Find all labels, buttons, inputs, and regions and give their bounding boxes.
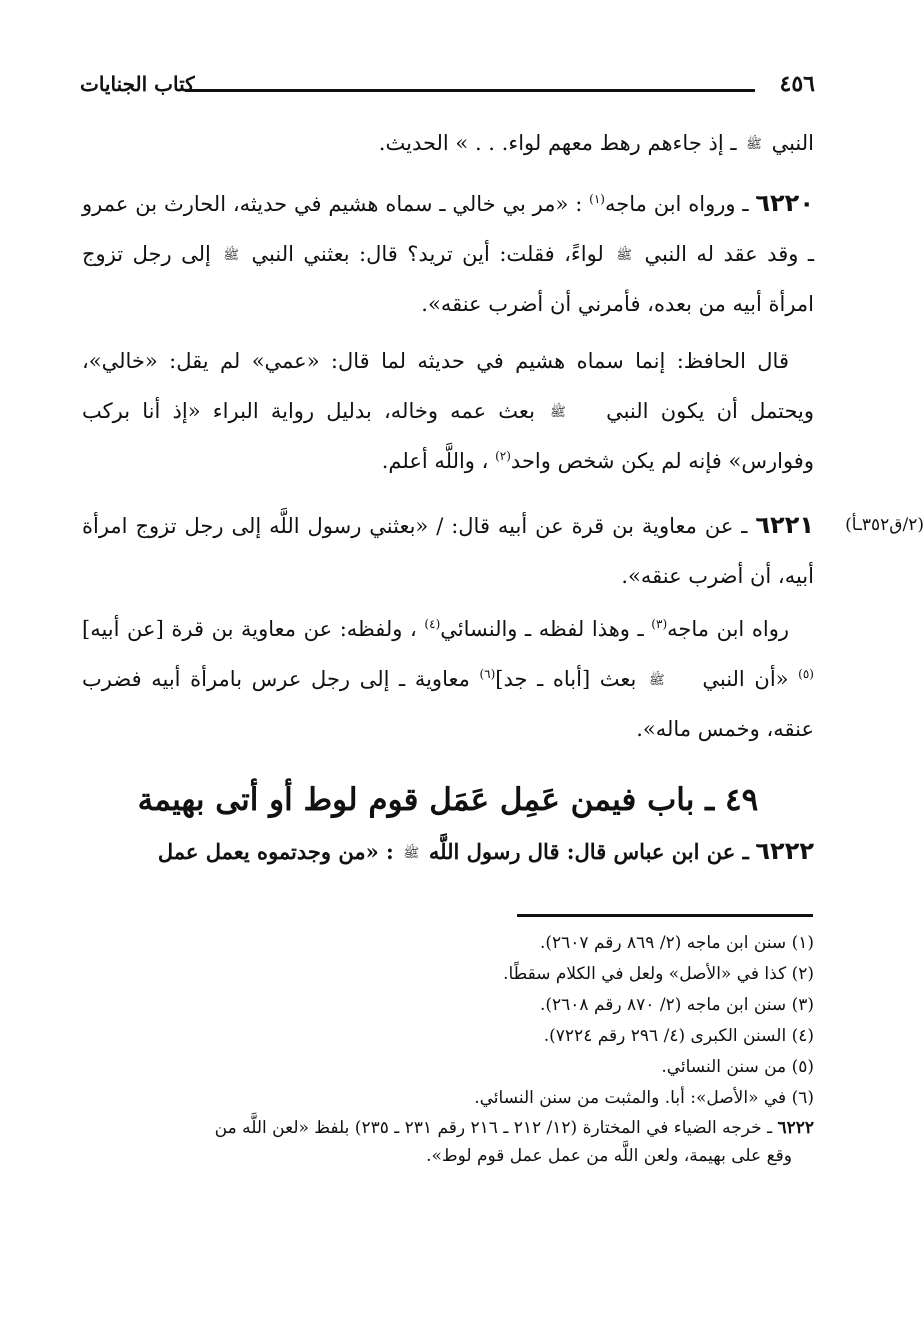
text: ـ وهذا لفظه ـ والنسائي: [440, 617, 643, 641]
footnote-text: كذا في «الأصل» ولعل في الكلام سقطًا.: [503, 964, 786, 984]
footnote-marker: (٤): [792, 1026, 814, 1046]
hafiz-commentary: قال الحافظ: إنما سماه هشيم في حديثه لما …: [82, 336, 814, 486]
book-page: ٤٥٦ كتاب الجنايات النبي ﷺ ـ إذ جاءهم رهط…: [0, 0, 924, 1341]
footnote-marker: (٦): [792, 1088, 814, 1108]
footnote-4: (٤) السنن الكبرى (٤/ ٢٩٦ رقم ٧٢٢٤).: [82, 1021, 814, 1052]
honorific-icon: ﷺ: [746, 138, 762, 151]
honorific-icon: ﷺ: [223, 249, 239, 262]
header-rule: [185, 89, 755, 92]
footnote-text: سنن ابن ماجه (٢/ ٨٦٩ رقم ٢٦٠٧).: [540, 933, 786, 953]
footnote-ref-5[interactable]: (٥): [798, 667, 814, 681]
hadith-6221: ٦٢٢١ ـ عن معاوية بن قرة عن أبيه قال: / «…: [82, 500, 814, 601]
text: ـ عن معاوية بن قرة عن أبيه قال: / «بعثني…: [82, 514, 814, 588]
page-number: ٤٥٦: [780, 70, 815, 98]
hadith-number: ٦٢٢٢: [755, 837, 814, 865]
footnote-6: (٦) في «الأصل»: أبا. والمثبت من سنن النس…: [82, 1083, 814, 1114]
footnote-marker: (٥): [792, 1057, 814, 1077]
text: ، واللَّه أعلم.: [382, 449, 489, 473]
text: ـ ورواه ابن ماجه: [605, 192, 749, 216]
footnote-marker: (١): [792, 933, 814, 953]
hadith-6220: ٦٢٢٠ ـ ورواه ابن ماجه(١) : «مر بي خالي ـ…: [82, 178, 814, 329]
honorific-icon: ﷺ: [403, 847, 419, 860]
footnote-text: السنن الكبرى (٤/ ٢٩٦ رقم ٧٢٢٤).: [544, 1026, 786, 1046]
hadith-number: ٦٢٢١: [755, 511, 814, 539]
footnote-marker: (٣): [792, 995, 814, 1015]
footnote-ref-1[interactable]: (١): [589, 192, 605, 206]
hadith-6222: ٦٢٢٢ ـ عن ابن عباس قال: قال رسول اللَّه …: [82, 826, 814, 877]
riwaya-paragraph: رواه ابن ماجه(٣) ـ وهذا لفظه ـ والنسائي(…: [82, 604, 814, 754]
honorific-icon: ﷺ: [649, 674, 690, 687]
footnote-text: في «الأصل»: أبا. والمثبت من سنن النسائي.: [474, 1088, 786, 1108]
honorific-icon: ﷺ: [616, 249, 632, 262]
hadith-number: ٦٢٢٠: [755, 189, 814, 217]
chapter-heading: ٤٩ ـ باب فيمن عَمِل عَمَل قوم لوط أو أتى…: [82, 778, 814, 822]
footnote-3: (٣) سنن ابن ماجه (٢/ ٨٧٠ رقم ٢٦٠٨).: [82, 990, 814, 1021]
paragraph-continuation: النبي ﷺ ـ إذ جاءهم رهط معهم لواء. . . » …: [82, 118, 814, 168]
footnote-6222-continuation: وقع على بهيمة، ولعن اللَّه من عمل عمل قو…: [82, 1142, 814, 1170]
text: رواه ابن ماجه: [667, 617, 789, 641]
footnote-6222: ٦٢٢٢ ـ خرجه الضياء في المختارة (١٢/ ٢١٢ …: [82, 1114, 814, 1142]
book-title: كتاب الجنايات: [80, 70, 195, 98]
footnote-ref-6[interactable]: (٦): [479, 667, 495, 681]
text: : «من وجدتموه يعمل عمل: [158, 839, 394, 864]
footnote-text: من سنن النسائي.: [661, 1057, 786, 1077]
text: لواءً، فقلت: أين تريد؟ قال: بعثني النبي: [252, 242, 604, 266]
footnotes: (١) سنن ابن ماجه (٢/ ٨٦٩ رقم ٢٦٠٧). (٢) …: [82, 928, 814, 1170]
text: ـ عن ابن عباس قال: قال رسول اللَّه: [429, 839, 749, 864]
text: ـ إذ جاءهم رهط معهم لواء. . . » الحديث.: [379, 131, 737, 155]
footnote-marker: ٦٢٢٢: [777, 1118, 814, 1138]
footnote-2: (٢) كذا في «الأصل» ولعل في الكلام سقطًا.: [82, 959, 814, 990]
text: النبي: [772, 131, 814, 155]
footnote-marker: (٢): [792, 964, 814, 984]
footnote-text: ـ خرجه الضياء في المختارة (١٢/ ٢١٢ ـ ٢١٦…: [215, 1118, 772, 1138]
text: ، ولفظه: عن معاوية بن قرة [عن أبيه]: [82, 617, 417, 641]
footnote-ref-4[interactable]: (٤): [424, 617, 440, 631]
running-header: ٤٥٦ كتاب الجنايات: [80, 70, 815, 98]
footnote-5: (٥) من سنن النسائي.: [82, 1052, 814, 1083]
footnote-ref-3[interactable]: (٣): [651, 617, 667, 631]
footnote-text: سنن ابن ماجه (٢/ ٨٧٠ رقم ٢٦٠٨).: [540, 995, 786, 1015]
footnote-ref-2[interactable]: (٢): [495, 449, 511, 463]
footnote-1: (١) سنن ابن ماجه (٢/ ٨٦٩ رقم ٢٦٠٧).: [82, 928, 814, 959]
text: بعث [أباه ـ جد]: [495, 667, 636, 691]
footnote-text: وقع على بهيمة، ولعن اللَّه من عمل عمل قو…: [426, 1146, 792, 1166]
manuscript-folio-note: (٢/ق٣٥٢ـأ): [845, 513, 924, 537]
text: «أن النبي: [702, 667, 788, 691]
honorific-icon: ﷺ: [550, 406, 591, 419]
footnote-separator: [517, 914, 813, 917]
